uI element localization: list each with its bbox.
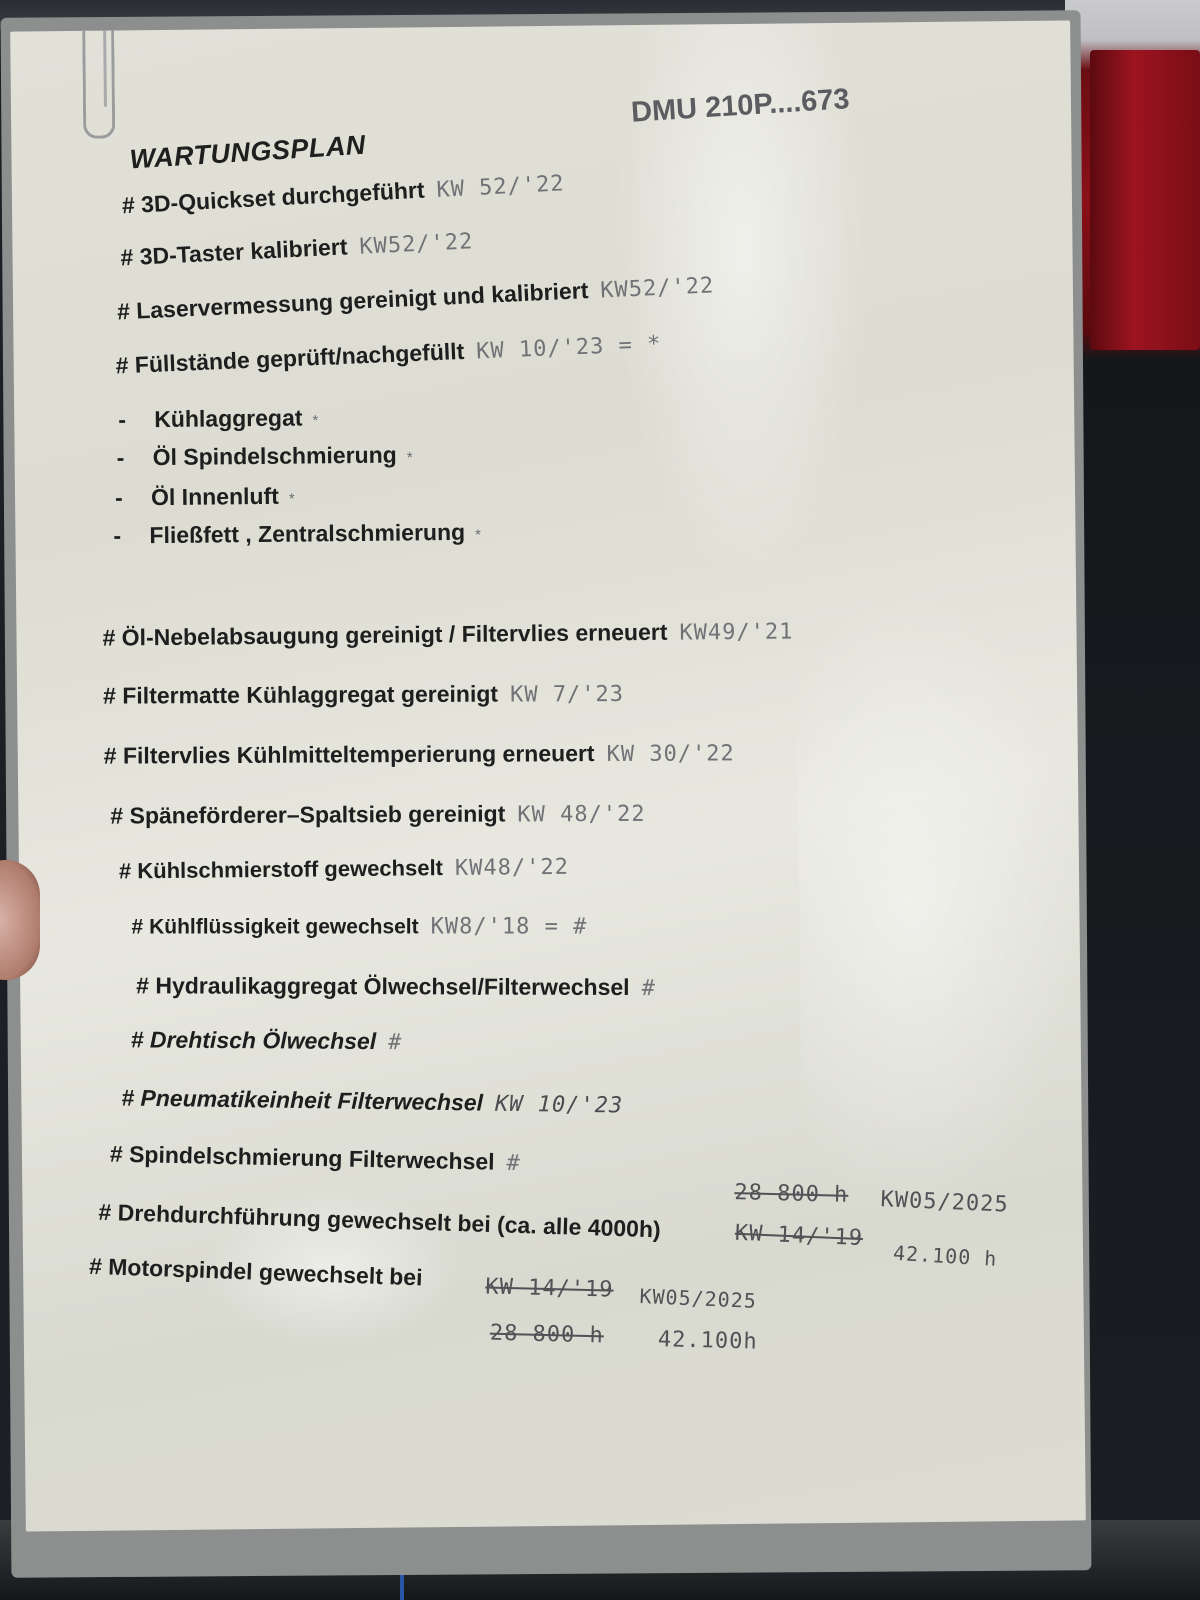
maintenance-item: # Füllstände geprüft/nachgefüllt KW 10/'… — [115, 330, 662, 380]
document-title: WARTUNGSPLAN — [129, 130, 367, 176]
handwritten-note: # — [642, 976, 656, 1001]
maintenance-item-motorspindel: # Motorspindel gewechselt bei — [89, 1253, 423, 1292]
handwritten-note: KW 7/'23 — [510, 682, 624, 708]
sub-item-label: Öl Innenluft — [151, 483, 279, 511]
item-label: # Drehdurchführung gewechselt bei (ca. a… — [98, 1199, 661, 1244]
handwritten-note: KW52/'22 — [359, 229, 474, 260]
handwritten-note: KW49/'21 — [679, 619, 793, 645]
handwritten-old-week-crossed: KW 14/'19 — [485, 1274, 614, 1302]
check-mark: * — [407, 449, 413, 466]
handwritten-old-week-crossed: KW 14/'19 — [734, 1221, 863, 1251]
item-label: # Pneumatikeinheit Filterwechsel — [121, 1084, 483, 1116]
maintenance-item-drehdurchfuehrung: # Drehdurchführung gewechselt bei (ca. a… — [98, 1199, 661, 1244]
sub-item: - Öl Spindelschmierung * — [117, 441, 413, 471]
maintenance-item: # Filtervlies Kühlmitteltemperierung ern… — [104, 739, 735, 769]
item-label: # Öl-Nebelabsaugung gereinigt / Filtervl… — [102, 619, 667, 652]
maintenance-item: # Späneförderer–Spaltsieb gereinigt KW 4… — [110, 800, 645, 830]
sub-item: - Öl Innenluft * — [115, 483, 295, 512]
sub-item: - Kühlaggregat * — [118, 404, 318, 433]
handwritten-old-hours-crossed: 28 800 h — [490, 1321, 605, 1349]
handwritten-note: KW48/'22 — [455, 855, 569, 881]
item-label: # Füllstände geprüft/nachgefüllt — [115, 338, 465, 380]
maintenance-item: # Pneumatikeinheit Filterwechsel KW 10/'… — [121, 1084, 623, 1118]
maintenance-item: # 3D-Taster kalibriert KW52/'22 — [120, 227, 474, 271]
item-label: # 3D-Quickset durchgeführt — [121, 177, 425, 220]
check-mark: * — [475, 527, 481, 544]
handwritten-note: KW 48/'22 — [517, 802, 645, 828]
handwritten-new-hours: 42.100 h — [892, 1241, 998, 1271]
check-mark: * — [312, 412, 318, 429]
sub-item: - Fließfett , Zentralschmierung * — [113, 519, 481, 550]
sub-item-label: Öl Spindelschmierung — [153, 442, 397, 472]
handwritten-new-week: KW05/2025 — [880, 1187, 1009, 1217]
handwritten-note: KW 52/'22 — [436, 171, 565, 203]
machine-id: DMU 210P....673 — [630, 83, 850, 130]
handwritten-note: KW 10/'23 — [495, 1092, 624, 1119]
maintenance-sheet: WARTUNGSPLAN DMU 210P....673 # 3D-Quicks… — [10, 20, 1086, 1531]
maintenance-item: # Spindelschmierung Filterwechsel # — [110, 1141, 521, 1177]
handwritten-note: KW 10/'23 = * — [476, 332, 662, 365]
glare — [796, 580, 1083, 1223]
item-label: # Spindelschmierung Filterwechsel — [110, 1141, 495, 1176]
maintenance-item: # Drehtisch Ölwechsel # — [131, 1026, 403, 1055]
item-label: # Kühlflüssigkeit gewechselt — [132, 915, 419, 939]
handwritten-note: # — [506, 1151, 521, 1176]
item-label: # 3D-Taster kalibriert — [120, 233, 348, 271]
maintenance-item: # Hydraulikaggregat Ölwechsel/Filterwech… — [136, 972, 656, 1001]
background-red-crate — [1090, 50, 1200, 350]
item-label: # Kühlschmierstoff gewechselt — [119, 855, 443, 884]
paperclip-icon — [82, 31, 115, 139]
sub-item-label: Fließfett , Zentralschmierung — [149, 519, 465, 549]
maintenance-item: # Kühlschmierstoff gewechselt KW48/'22 — [119, 854, 569, 885]
maintenance-item: # Kühlflüssigkeit gewechselt KW8/'18 = # — [132, 914, 588, 939]
check-mark: * — [289, 491, 295, 508]
maintenance-item: # 3D-Quickset durchgeführt KW 52/'22 — [121, 169, 565, 219]
thumb — [0, 860, 40, 980]
item-label: # Hydraulikaggregat Ölwechsel/Filterwech… — [136, 972, 630, 1001]
handwritten-note: KW8/'18 = # — [431, 914, 588, 939]
item-label: # Motorspindel gewechselt bei — [89, 1253, 423, 1292]
item-label: # Drehtisch Ölwechsel — [131, 1026, 377, 1055]
item-label: # Laservermessung gereinigt und kalibrie… — [117, 277, 589, 325]
maintenance-item: # Öl-Nebelabsaugung gereinigt / Filtervl… — [102, 617, 793, 651]
sub-item-label: Kühlaggregat — [154, 405, 303, 434]
handwritten-note: # — [388, 1030, 402, 1055]
item-label: # Filtermatte Kühlaggregat gereinigt — [103, 681, 498, 710]
handwritten-old-hours-crossed: 28 800 h — [734, 1180, 849, 1208]
item-label: # Späneförderer–Spaltsieb gereinigt — [110, 801, 505, 830]
handwritten-new-week: KW05/2025 — [639, 1284, 757, 1313]
maintenance-item: # Laservermessung gereinigt und kalibrie… — [117, 271, 715, 325]
handwritten-new-hours: 42.100h — [658, 1327, 758, 1354]
handwritten-note: KW 30/'22 — [606, 741, 734, 767]
item-label: # Filtervlies Kühlmitteltemperierung ern… — [104, 740, 595, 770]
handwritten-note: KW52/'22 — [600, 273, 715, 303]
maintenance-item: # Filtermatte Kühlaggregat gereinigt KW … — [103, 680, 624, 710]
